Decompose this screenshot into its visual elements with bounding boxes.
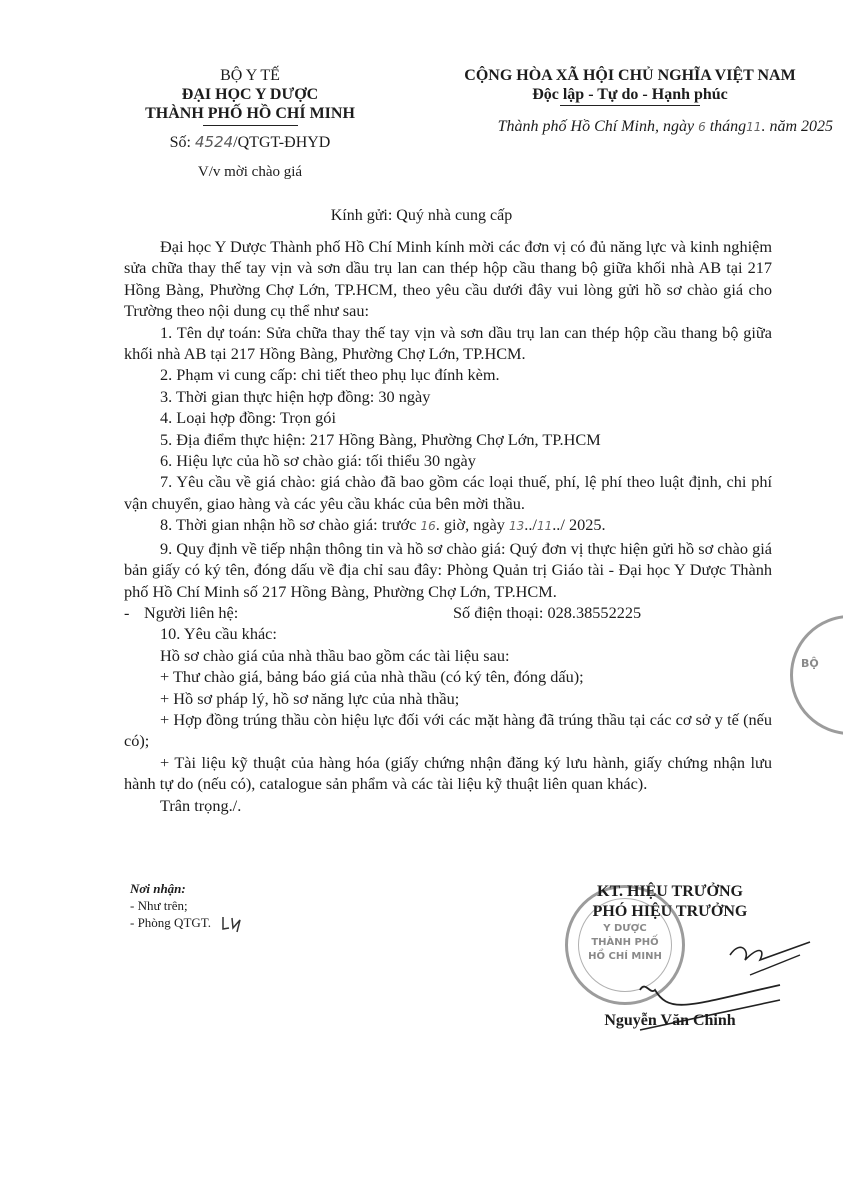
issuer-header: BỘ Y TẾ ĐẠI HỌC Y DƯỢC THÀNH PHỐ HỒ CHÍ … (100, 66, 400, 181)
closing: Trân trọng./. (124, 795, 772, 816)
item-10-title: 10. Yêu cầu khác: (124, 623, 772, 644)
university-city: THÀNH PHỐ HỒ CHÍ MINH (100, 104, 400, 123)
document-subject: V/v mời chào giá (100, 164, 400, 181)
edge-stamp: BỘ (790, 615, 843, 735)
item-8: 8. Thời gian nhận hồ sơ chào giá: trước … (124, 514, 772, 537)
item-6: 6. Hiệu lực của hồ sơ chào giá: tối thiể… (124, 450, 772, 471)
recipient-text: - Phòng QTGT. (130, 915, 211, 930)
deadline-month-handwritten: 11 (537, 519, 552, 533)
recipients-title: Nơi nhận: (130, 880, 250, 897)
initials-icon (220, 914, 250, 934)
item-1: 1. Tên dự toán: Sửa chữa thay thế tay vị… (124, 322, 772, 365)
stamp-side: BỘ (801, 656, 819, 672)
intro-paragraph: Đại học Y Dược Thành phố Hồ Chí Minh kín… (124, 236, 772, 322)
document-number-label: Số: (170, 134, 195, 151)
date-prefix: Thành phố Hồ Chí Minh, ngày (498, 118, 698, 135)
item-9: 9. Quy định về tiếp nhận thông tin và hồ… (124, 538, 772, 602)
deadline-day-handwritten: 13 (509, 519, 524, 533)
item-8-label: 8. Thời gian nhận hồ sơ chào giá: trước (160, 515, 420, 534)
document-date: Thành phố Hồ Chí Minh, ngày 6 tháng11. n… (425, 118, 835, 136)
document-number-code: /QTGT-ĐHYD (233, 134, 330, 151)
required-doc: + Thư chào giá, bảng báo giá của nhà thầ… (124, 666, 772, 687)
required-doc: + Tài liệu kỹ thuật của hàng hóa (giấy c… (124, 752, 772, 795)
country-name: CỘNG HÒA XÃ HỘI CHỦ NGHĨA VIỆT NAM (425, 66, 835, 85)
item-7: 7. Yêu cầu về giá chào: giá chào đã bao … (124, 471, 772, 514)
recipient-item: - Phòng QTGT. (130, 914, 250, 934)
date-day-handwritten: 6 (698, 120, 706, 134)
contact-bullet: - (124, 602, 144, 623)
required-doc: + Hợp đồng trúng thầu còn hiệu lực đối v… (124, 709, 772, 752)
contact-phone: Số điện thoại: 028.38552225 (453, 602, 641, 623)
item-8-year: ../ 2025. (552, 515, 605, 534)
signer-authority: KT. HIỆU TRƯỞNG (545, 882, 795, 902)
signature-block: KT. HIỆU TRƯỞNG PHÓ HIỆU TRƯỞNG (545, 882, 795, 922)
item-3: 3. Thời gian thực hiện hợp đồng: 30 ngày (124, 386, 772, 407)
contact-person-label: Người liên hệ: (144, 602, 453, 623)
item-5: 5. Địa điểm thực hiện: 217 Hồng Bàng, Ph… (124, 429, 772, 450)
item-8-sep: ../ (524, 515, 537, 534)
item-8-day-label: . giờ, ngày (436, 515, 509, 534)
item-4: 4. Loại hợp đồng: Trọn gói (124, 407, 772, 428)
item-2: 2. Phạm vi cung cấp: chi tiết theo phụ l… (124, 364, 772, 385)
letter-body: Đại học Y Dược Thành phố Hồ Chí Minh kín… (124, 236, 772, 816)
national-header: CỘNG HÒA XÃ HỘI CHỦ NGHĨA VIỆT NAM Độc l… (425, 66, 835, 136)
date-year: . năm 2025 (761, 118, 833, 135)
document-number-handwritten: 4524 (195, 133, 233, 151)
greeting: Kính gửi: Quý nhà cung cấp (0, 207, 843, 225)
national-motto: Độc lập - Tự do - Hạnh phúc (425, 85, 835, 104)
required-doc: + Hồ sơ pháp lý, hồ sơ năng lực của nhà … (124, 688, 772, 709)
stamp-text: BỘ (801, 656, 819, 672)
signer-name: Nguyễn Văn Chinh (545, 1012, 795, 1030)
header-underline (203, 125, 298, 126)
recipients-block: Nơi nhận: - Như trên; - Phòng QTGT. (130, 880, 250, 934)
university-name: ĐẠI HỌC Y DƯỢC (100, 85, 400, 104)
date-month-label: tháng (706, 118, 746, 135)
ministry-name: BỘ Y TẾ (100, 66, 400, 85)
deadline-hour-handwritten: 16 (420, 519, 435, 533)
signer-title: PHÓ HIỆU TRƯỞNG (545, 902, 795, 922)
item-10-lead: Hồ sơ chào giá của nhà thầu bao gồm các … (124, 645, 772, 666)
recipient-item: - Như trên; (130, 897, 250, 914)
motto-underline (560, 105, 700, 106)
document-number: Số: 4524/QTGT-ĐHYD (100, 132, 400, 153)
date-month-handwritten: 11 (746, 120, 761, 134)
contact-line: - Người liên hệ: Số điện thoại: 028.3855… (124, 602, 772, 623)
